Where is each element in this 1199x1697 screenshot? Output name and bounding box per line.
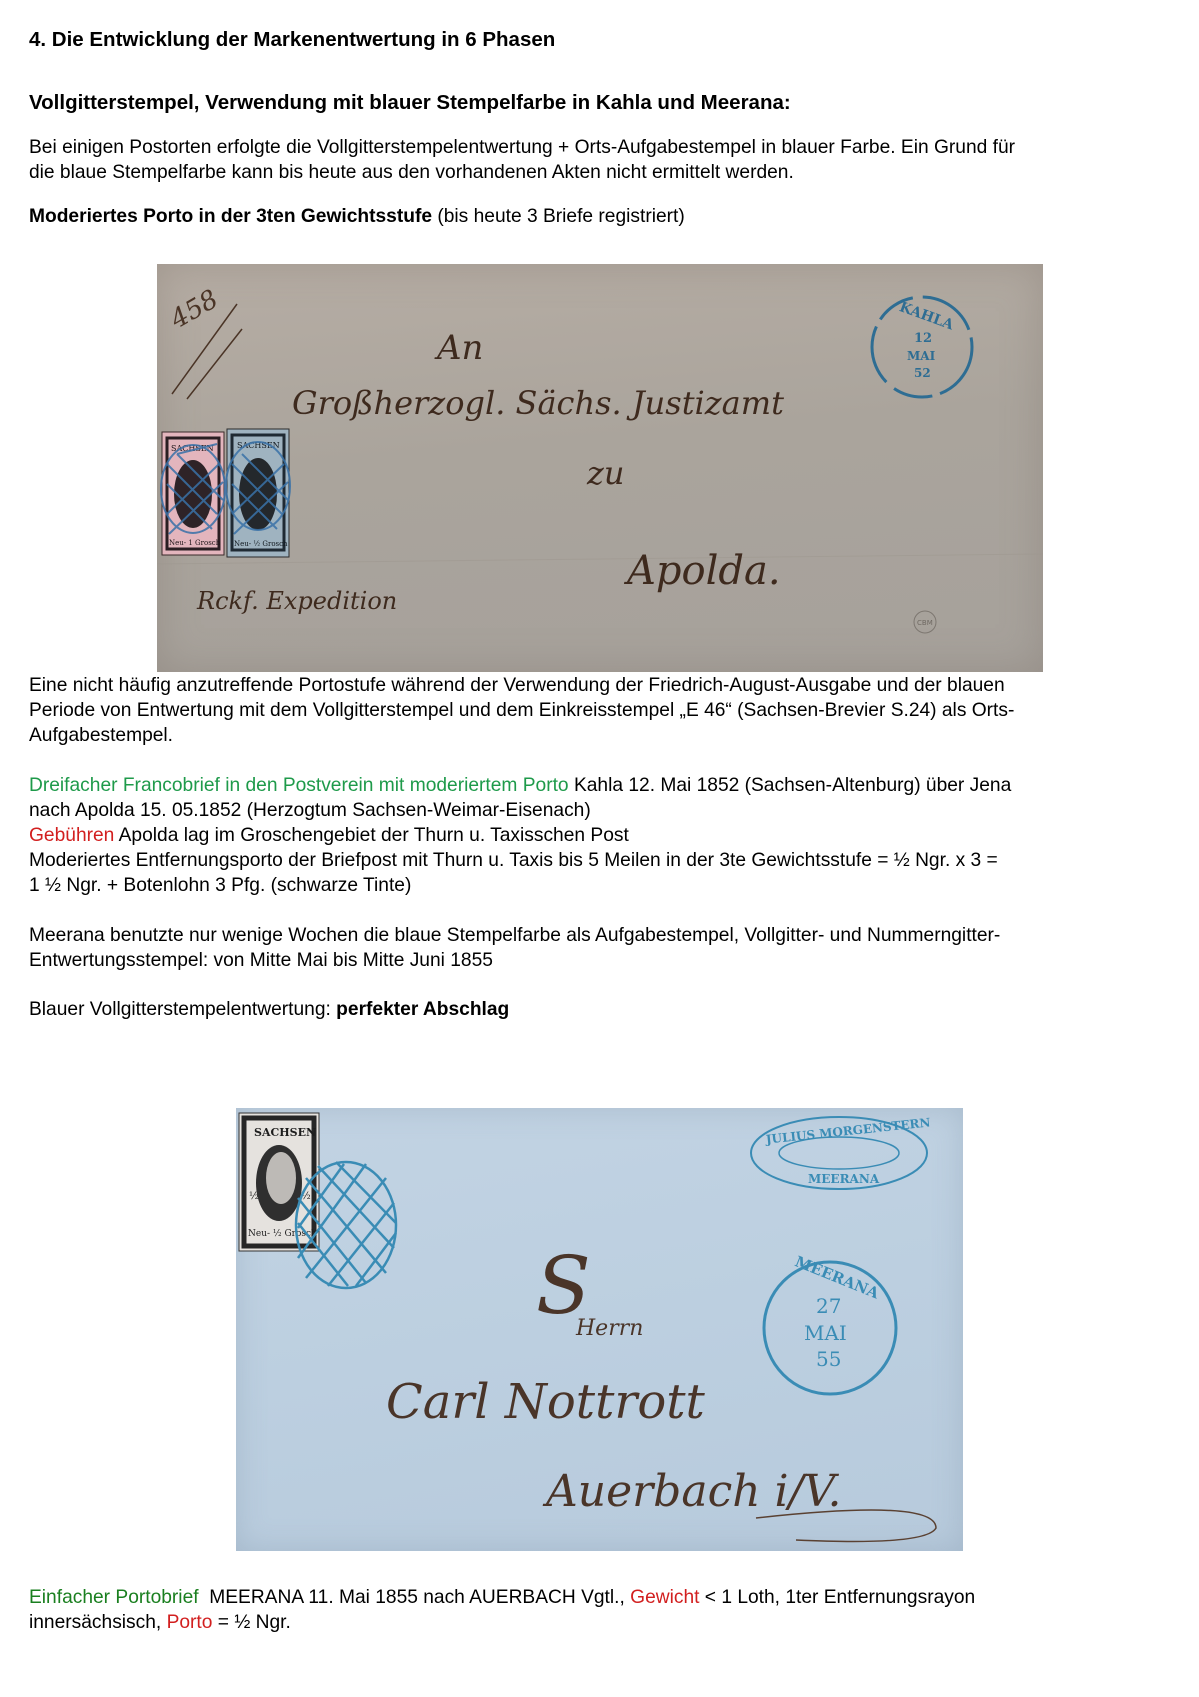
intro-line-2: die blaue Stempelfarbe kann bis heute au… [29,160,794,185]
svg-text:27: 27 [816,1294,841,1318]
meerana-cover-illustration: SACHSEN ½ ½ Neu- ½ Grosch JULIUS MORGENS… [236,1108,963,1551]
fees-label: Gebühren [29,825,114,846]
collector-mark: CBM [917,619,933,627]
page-title: 4. Die Entwicklung der Markenentwertung … [29,27,555,52]
letter-type-label: Dreifacher Francobrief in den Postverein… [29,775,569,796]
svg-text:MAI: MAI [907,349,936,363]
address-line-1: An [434,328,483,368]
meerana-postmark: MEERANA 27 MAI 55 [764,1252,896,1394]
svg-text:JULIUS MORGENSTERN: JULIUS MORGENSTERN [764,1115,931,1146]
address-line-3: zu [586,454,624,492]
section1-title-rest: (bis heute 3 Briefe registriert) [432,206,685,227]
svg-text:Neu- 1 Grosch: Neu- 1 Grosch [169,539,221,547]
section1-title-bold: Moderiertes Porto in der 3ten Gewichtsst… [29,206,432,227]
weight-label: Gewicht [630,1587,699,1608]
description1-line-1: Eine nicht häufig anzutreffende Portostu… [29,673,1005,698]
kahla-postmark: KAHLA 12 MAI 52 [872,297,972,397]
sender-note: Rckf. Expedition [196,587,397,615]
details2-line-1: Einfacher Portobrief MEERANA 11. Mai 185… [29,1585,975,1610]
details1-line-3: Gebühren Apolda lag im Groschengebiet de… [29,823,629,848]
stamp-half-groschen-black: SACHSEN ½ ½ Neu- ½ Grosch [239,1113,319,1251]
svg-text:½: ½ [249,1191,259,1202]
address-line-3: Carl Nottrott [386,1374,706,1430]
description1-line-3: Aufgabestempel. [29,723,173,748]
cover-image-kahla: 458 An Großherzogl. Sächs. Justizamt zu … [157,264,1043,672]
svg-text:Neu- ½ Grosch: Neu- ½ Grosch [234,540,288,548]
meerana-line-2: Entwertungsstempel: von Mitte Mai bis Mi… [29,948,493,973]
svg-text:52: 52 [914,366,931,380]
details1-line-4: Moderiertes Entfernungsporto der Briefpo… [29,848,998,873]
letter-type-label-2: Einfacher Portobrief [29,1587,199,1608]
svg-text:MEERANA: MEERANA [808,1172,880,1186]
svg-text:12: 12 [914,331,932,346]
section-subtitle: Vollgitterstempel, Verwendung mit blauer… [29,90,791,115]
svg-text:SACHSEN: SACHSEN [254,1126,316,1139]
svg-text:55: 55 [816,1347,841,1371]
address-line-4: Apolda. [623,548,781,594]
meerana-line-1: Meerana benutzte nur wenige Wochen die b… [29,923,1000,948]
address-line-2: Großherzogl. Sächs. Justizamt [292,384,784,422]
details1-line-2: nach Apolda 15. 05.1852 (Herzogtum Sachs… [29,798,591,823]
description1-line-2: Periode von Entwertung mit dem Vollgitte… [29,698,1014,723]
porto-label: Porto [167,1612,213,1633]
address-line-4: Auerbach i/V. [542,1466,842,1517]
details1-line-1: Dreifacher Francobrief in den Postverein… [29,773,1011,798]
cover-image-meerana: SACHSEN ½ ½ Neu- ½ Grosch JULIUS MORGENS… [236,1108,963,1551]
intro-line-1: Bei einigen Postorten erfolgte die Vollg… [29,135,1015,160]
details1-line-5: 1 ½ Ngr. + Botenlohn 3 Pfg. (schwarze Ti… [29,873,411,898]
section1-title: Moderiertes Porto in der 3ten Gewichtsst… [29,204,685,229]
meerana-caption: Blauer Vollgitterstempelentwertung: perf… [29,997,509,1022]
details2-line-2: innersächsisch, Porto = ½ Ngr. [29,1610,291,1635]
svg-text:MAI: MAI [804,1321,847,1345]
kahla-cover-illustration: 458 An Großherzogl. Sächs. Justizamt zu … [157,264,1043,672]
julius-morgenstern-cachet: JULIUS MORGENSTERN MEERANA [751,1115,931,1189]
manuscript-number: 458 [165,284,224,335]
address-line-2: Herrn [575,1316,643,1341]
